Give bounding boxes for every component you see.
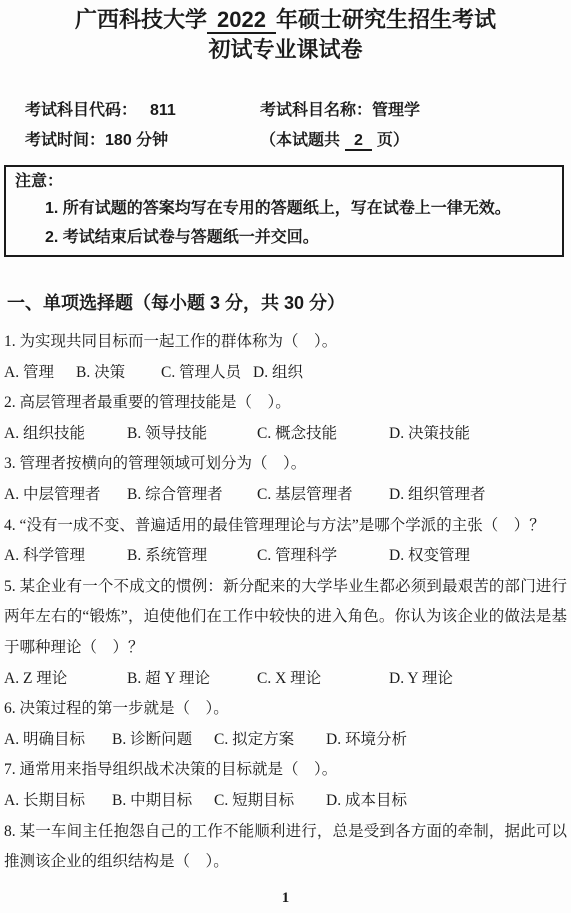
page-count-suffix: 页） (377, 132, 409, 149)
question-options: A. Z 理论B. 超 Y 理论C. X 理论D. Y 理论 (4, 664, 567, 695)
option-item: B. 决策 (76, 358, 161, 389)
title-university: 广西科技大学 (75, 7, 207, 32)
page-count-value-underlined: 2 (345, 132, 372, 151)
option-item: B. 中期目标 (112, 786, 214, 817)
exam-duration-value: 180 分钟 (105, 132, 168, 149)
option-item: D. Y 理论 (389, 664, 453, 695)
question-text: 3. 管理者按横向的管理领域可划分为（ ）。 (4, 449, 567, 480)
exam-duration-label: 考试时间： (25, 132, 105, 149)
notice-item-2: 2. 考试结束后试卷与答题纸一并交回。 (15, 223, 552, 252)
notice-box: 注意： 1. 所有试题的答案均写在专用的答题纸上，写在试卷上一律无效。 2. 考… (4, 165, 564, 257)
exam-info: 考试科目代码：811 考试科目名称：管理学 考试时间：180 分钟 （本试题共2… (0, 96, 571, 156)
option-item: B. 诊断问题 (112, 725, 214, 756)
option-item: D. 环境分析 (326, 725, 407, 756)
paper-title-line1: 广西科技大学2022年硕士研究生招生考试 (0, 5, 571, 35)
question-text: 5. 某企业有一个不成文的惯例：新分配来的大学毕业生都必须到最艰苦的部门进行两年… (4, 572, 567, 664)
question-block-5: 5. 某企业有一个不成文的惯例：新分配来的大学毕业生都必须到最艰苦的部门进行两年… (4, 572, 567, 694)
option-item: C. 拟定方案 (214, 725, 326, 756)
question-options: A. 管理B. 决策C. 管理人员D. 组织 (4, 358, 567, 389)
option-item: D. 组织 (253, 358, 303, 389)
page-count-prefix: （本试题共 (260, 132, 340, 149)
question-text: 1. 为实现共同目标而一起工作的群体称为（ ）。 (4, 327, 567, 358)
title-year-underlined: 2022 (207, 7, 276, 34)
paper-title: 广西科技大学2022年硕士研究生招生考试 初试专业课试卷 (0, 0, 571, 65)
question-list: 1. 为实现共同目标而一起工作的群体称为（ ）。 A. 管理B. 决策C. 管理… (0, 327, 571, 878)
exam-info-row1: 考试科目代码：811 考试科目名称：管理学 (25, 96, 571, 126)
exam-duration: 考试时间：180 分钟 (25, 126, 260, 156)
option-item: D. 权变管理 (389, 541, 470, 572)
option-item: D. 成本目标 (326, 786, 407, 817)
paper-title-line2: 初试专业课试卷 (0, 35, 571, 65)
notice-item-1: 1. 所有试题的答案均写在专用的答题纸上，写在试卷上一律无效。 (15, 194, 552, 223)
option-item: C. 管理人员 (161, 358, 253, 389)
page-number: 1 (0, 890, 571, 907)
question-options: A. 中层管理者B. 综合管理者C. 基层管理者D. 组织管理者 (4, 480, 567, 511)
option-item: A. 明确目标 (4, 725, 112, 756)
exam-info-row2: 考试时间：180 分钟 （本试题共2页） (25, 126, 571, 156)
option-item: B. 系统管理 (127, 541, 257, 572)
option-item: C. 管理科学 (257, 541, 389, 572)
question-block-6: 6. 决策过程的第一步就是（ ）。 A. 明确目标B. 诊断问题C. 拟定方案D… (4, 694, 567, 755)
question-block-8: 8. 某一车间主任抱怨自己的工作不能顺利进行，总是受到各方面的牵制，据此可以推测… (4, 817, 567, 878)
subject-name: 考试科目名称：管理学 (260, 96, 420, 126)
option-item: A. Z 理论 (4, 664, 127, 695)
question-block-2: 2. 高层管理者最重要的管理技能是（ ）。 A. 组织技能B. 领导技能C. 概… (4, 388, 567, 449)
subject-code-label: 考试科目代码： (25, 102, 137, 119)
option-item: B. 超 Y 理论 (127, 664, 257, 695)
question-text: 4. “没有一成不变、普遍适用的最佳管理理论与方法”是哪个学派的主张（ ）？ (4, 511, 567, 542)
question-text: 6. 决策过程的第一步就是（ ）。 (4, 694, 567, 725)
title-exam-name: 年硕士研究生招生考试 (276, 7, 496, 32)
subject-name-value: 管理学 (372, 102, 420, 119)
question-block-3: 3. 管理者按横向的管理领域可划分为（ ）。 A. 中层管理者B. 综合管理者C… (4, 449, 567, 510)
question-options: A. 科学管理B. 系统管理C. 管理科学D. 权变管理 (4, 541, 567, 572)
question-block-7: 7. 通常用来指导组织战术决策的目标就是（ ）。 A. 长期目标B. 中期目标C… (4, 755, 567, 816)
option-item: A. 管理 (4, 358, 76, 389)
question-options: A. 组织技能B. 领导技能C. 概念技能D. 决策技能 (4, 419, 567, 450)
option-item: B. 综合管理者 (127, 480, 257, 511)
option-item: C. 短期目标 (214, 786, 326, 817)
option-item: A. 中层管理者 (4, 480, 127, 511)
option-item: A. 长期目标 (4, 786, 112, 817)
question-options: A. 长期目标B. 中期目标C. 短期目标D. 成本目标 (4, 786, 567, 817)
subject-code: 考试科目代码：811 (25, 96, 260, 126)
section-heading: 一、单项选择题（每小题 3 分，共 30 分） (0, 290, 571, 316)
question-options: A. 明确目标B. 诊断问题C. 拟定方案D. 环境分析 (4, 725, 567, 756)
question-block-1: 1. 为实现共同目标而一起工作的群体称为（ ）。 A. 管理B. 决策C. 管理… (4, 327, 567, 388)
question-text: 8. 某一车间主任抱怨自己的工作不能顺利进行，总是受到各方面的牵制，据此可以推测… (4, 817, 567, 878)
option-item: D. 组织管理者 (389, 480, 485, 511)
option-item: C. X 理论 (257, 664, 389, 695)
question-text: 2. 高层管理者最重要的管理技能是（ ）。 (4, 388, 567, 419)
exam-paper-page: 广西科技大学2022年硕士研究生招生考试 初试专业课试卷 考试科目代码：811 … (0, 0, 571, 913)
option-item: B. 领导技能 (127, 419, 257, 450)
option-item: D. 决策技能 (389, 419, 470, 450)
question-block-4: 4. “没有一成不变、普遍适用的最佳管理理论与方法”是哪个学派的主张（ ）？ A… (4, 511, 567, 572)
notice-title: 注意： (15, 170, 552, 194)
option-item: A. 科学管理 (4, 541, 127, 572)
question-text: 7. 通常用来指导组织战术决策的目标就是（ ）。 (4, 755, 567, 786)
subject-name-label: 考试科目名称： (260, 102, 372, 119)
page-count: （本试题共2页） (260, 126, 409, 156)
option-item: C. 概念技能 (257, 419, 389, 450)
option-item: C. 基层管理者 (257, 480, 389, 511)
option-item: A. 组织技能 (4, 419, 127, 450)
subject-code-value: 811 (150, 102, 176, 119)
